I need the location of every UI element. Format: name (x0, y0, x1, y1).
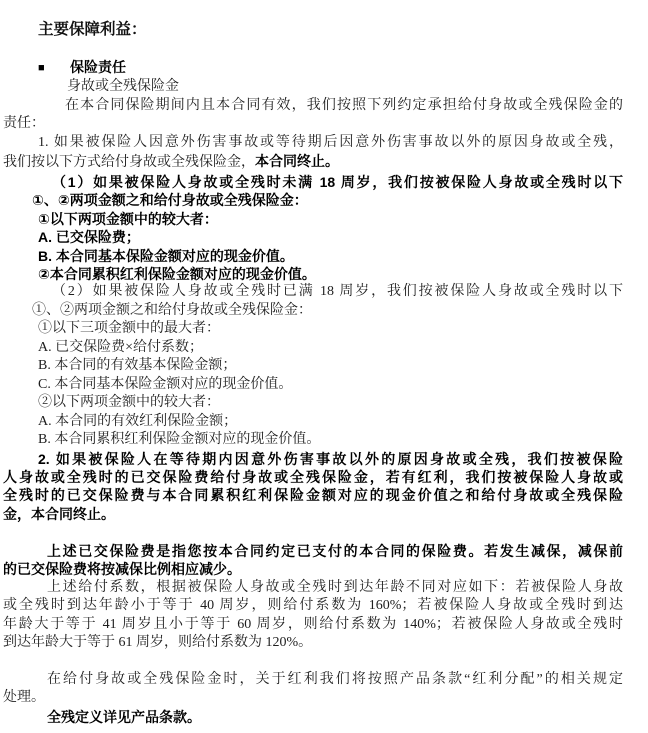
doc-line-bold-text: 本合同终止。 (255, 153, 339, 169)
blank-line (3, 652, 623, 670)
doc-line: A. 本合同的有效红利保险金额； (3, 413, 623, 431)
doc-line: 上述已交保险费是指您按本合同约定已支付的本合同的保险费。若发生减保，减保前 (3, 542, 623, 560)
doc-line: 人身故或全残时的已交保险费给付身故或全残保险金，若有红利，我们按被保险人身故或 (3, 468, 623, 486)
doc-line: ①以下两项金额中的较大者： (3, 210, 623, 228)
square-bullet-icon: ■ (38, 59, 70, 77)
doc-line: B. 本合同基本保险金额对应的现金价值。 (3, 247, 623, 265)
doc-line: 金，本合同终止。 (3, 505, 623, 523)
doc-line: 或全残时到达年龄小于等于 40 周岁，则给付系数为 160%；若被保险人身故或全… (3, 597, 623, 615)
section-heading-row: ■保险责任 (3, 58, 623, 78)
doc-line: ②本合同累积红利保险金额对应的现金价值。 (3, 265, 623, 283)
doc-line: 全残定义详见产品条款。 (3, 708, 623, 726)
doc-line: 处理。 (3, 689, 623, 707)
doc-line-text: 我们按以下方式给付身故或全残保险金， (3, 155, 255, 170)
section-heading: 保险责任 (70, 59, 126, 75)
document-title: 主要保障利益： (3, 20, 623, 40)
doc-line: ①、②两项金额之和给付身故或全残保险金： (3, 191, 623, 209)
doc-line: 年龄大于等于 41 周岁且小于等于 60 周岁，则给付系数为 140%；若被保险… (3, 616, 623, 634)
document-body: ■保险责任 身故或全残保险金 在本合同保险期间内且本合同有效，我们按照下列约定承… (3, 58, 623, 726)
doc-line: （1）如果被保险人身故或全残时未满 18 周岁，我们按被保险人身故或全残时以下 (3, 173, 623, 191)
doc-line: 上述给付系数，根据被保险人身故或全残时到达年龄不同对应如下：若被保险人身故 (3, 579, 623, 597)
doc-line: ①、②两项金额之和给付身故或全残保险金： (3, 302, 623, 320)
doc-line: 全残时的已交保险费与本合同累积红利保险金额对应的现金价值之和给付身故或全残保险 (3, 486, 623, 504)
doc-line: ①以下三项金额中的最大者： (3, 320, 623, 338)
doc-line: 的已交保险费将按减保比例相应减少。 (3, 560, 623, 578)
doc-line: A. 已交保险费×给付系数； (3, 339, 623, 357)
doc-line: B. 本合同累积红利保险金额对应的现金价值。 (3, 431, 623, 449)
doc-line: 在给付身故或全残保险金时，关于红利我们将按照产品条款“红利分配”的相关规定 (3, 671, 623, 689)
benefit-sub-heading: 身故或全残保险金 (3, 78, 623, 96)
doc-line: C. 本合同基本保险金额对应的现金价值。 (3, 376, 623, 394)
doc-line: 2. 如果被保险人在等待期内因意外伤害事故以外的原因身故或全残，我们按被保险 (3, 450, 623, 468)
doc-line: 到达年龄大于等于 61 周岁，则给付系数为 120%。 (3, 634, 623, 652)
doc-line: 1. 如果被保险人因意外伤害事故或等待期后因意外伤害事故以外的原因身故或全残， (3, 134, 623, 152)
blank-line (3, 523, 623, 541)
doc-line: ②以下两项金额中的较大者： (3, 394, 623, 412)
doc-line: A. 已交保险费； (3, 228, 623, 246)
doc-line: 我们按以下方式给付身故或全残保险金，本合同终止。 (3, 152, 623, 172)
document-page: 主要保障利益： ■保险责任 身故或全残保险金 在本合同保险期间内且本合同有效，我… (0, 0, 648, 733)
doc-line: 责任： (3, 115, 623, 133)
doc-line: （2）如果被保险人身故或全残时已满 18 周岁，我们按被保险人身故或全残时以下 (3, 283, 623, 301)
doc-line: B. 本合同的有效基本保险金额； (3, 357, 623, 375)
doc-line: 在本合同保险期间内且本合同有效，我们按照下列约定承担给付身故或全残保险金的 (3, 97, 623, 115)
